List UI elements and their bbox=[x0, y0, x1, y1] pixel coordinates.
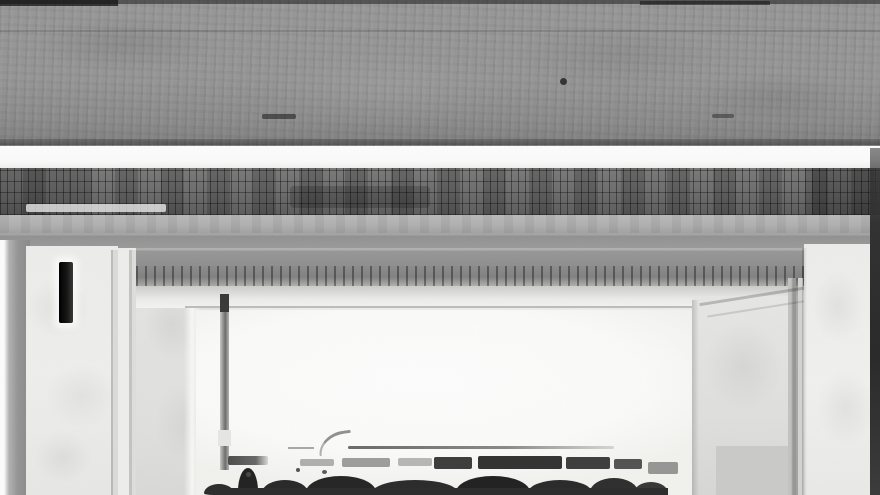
right-pillar bbox=[804, 244, 880, 495]
foreground-silhouette-base bbox=[216, 488, 668, 495]
concrete-stain bbox=[262, 114, 296, 119]
concrete-hole bbox=[560, 78, 567, 85]
tile-dark-patch bbox=[290, 186, 430, 208]
distant-building-dash bbox=[434, 457, 472, 469]
band-under-tiles bbox=[0, 215, 880, 233]
ceiling-top-edge-dark-mid bbox=[640, 1, 770, 5]
distant-roofline bbox=[288, 447, 314, 449]
far-wall-corner-line bbox=[692, 300, 699, 495]
distant-building-dash bbox=[614, 459, 642, 469]
pillar-edge-line bbox=[802, 248, 807, 495]
distant-building-dash bbox=[566, 457, 610, 469]
inner-mosaic-row bbox=[136, 266, 808, 286]
far-wall-dark-panel bbox=[716, 446, 794, 495]
silhouette-speck bbox=[322, 470, 327, 474]
ceiling-top-edge-dark-left bbox=[0, 0, 118, 6]
right-frame-line bbox=[788, 278, 803, 495]
mullion-gap bbox=[218, 430, 231, 446]
distant-building-dash bbox=[398, 458, 432, 466]
distant-building-dash bbox=[300, 459, 334, 466]
mullion-hinge bbox=[220, 294, 229, 312]
window-top-frame-line bbox=[185, 306, 755, 308]
concrete-stain bbox=[712, 114, 734, 118]
silhouette-speck bbox=[296, 468, 300, 472]
silhouette-speck bbox=[246, 472, 251, 477]
photo-frame bbox=[0, 0, 880, 495]
right-edge-shadow bbox=[870, 148, 880, 495]
distant-roofline bbox=[348, 446, 614, 449]
recessed-light-strip bbox=[0, 146, 880, 168]
distant-building-dash bbox=[342, 458, 390, 467]
ceiling-bottom-shadow bbox=[0, 139, 880, 145]
tile-light-row bbox=[26, 204, 166, 212]
ceiling-seam-line bbox=[0, 30, 880, 32]
distant-building-dash bbox=[478, 456, 562, 469]
window-handle-bar bbox=[228, 456, 268, 465]
inner-beam-face bbox=[136, 248, 808, 266]
concrete-ceiling-slab bbox=[0, 0, 880, 146]
left-door-frame bbox=[111, 250, 137, 495]
beam-soffit-band bbox=[0, 233, 880, 248]
wall-slot bbox=[59, 262, 73, 323]
distant-building-dash bbox=[648, 462, 678, 474]
